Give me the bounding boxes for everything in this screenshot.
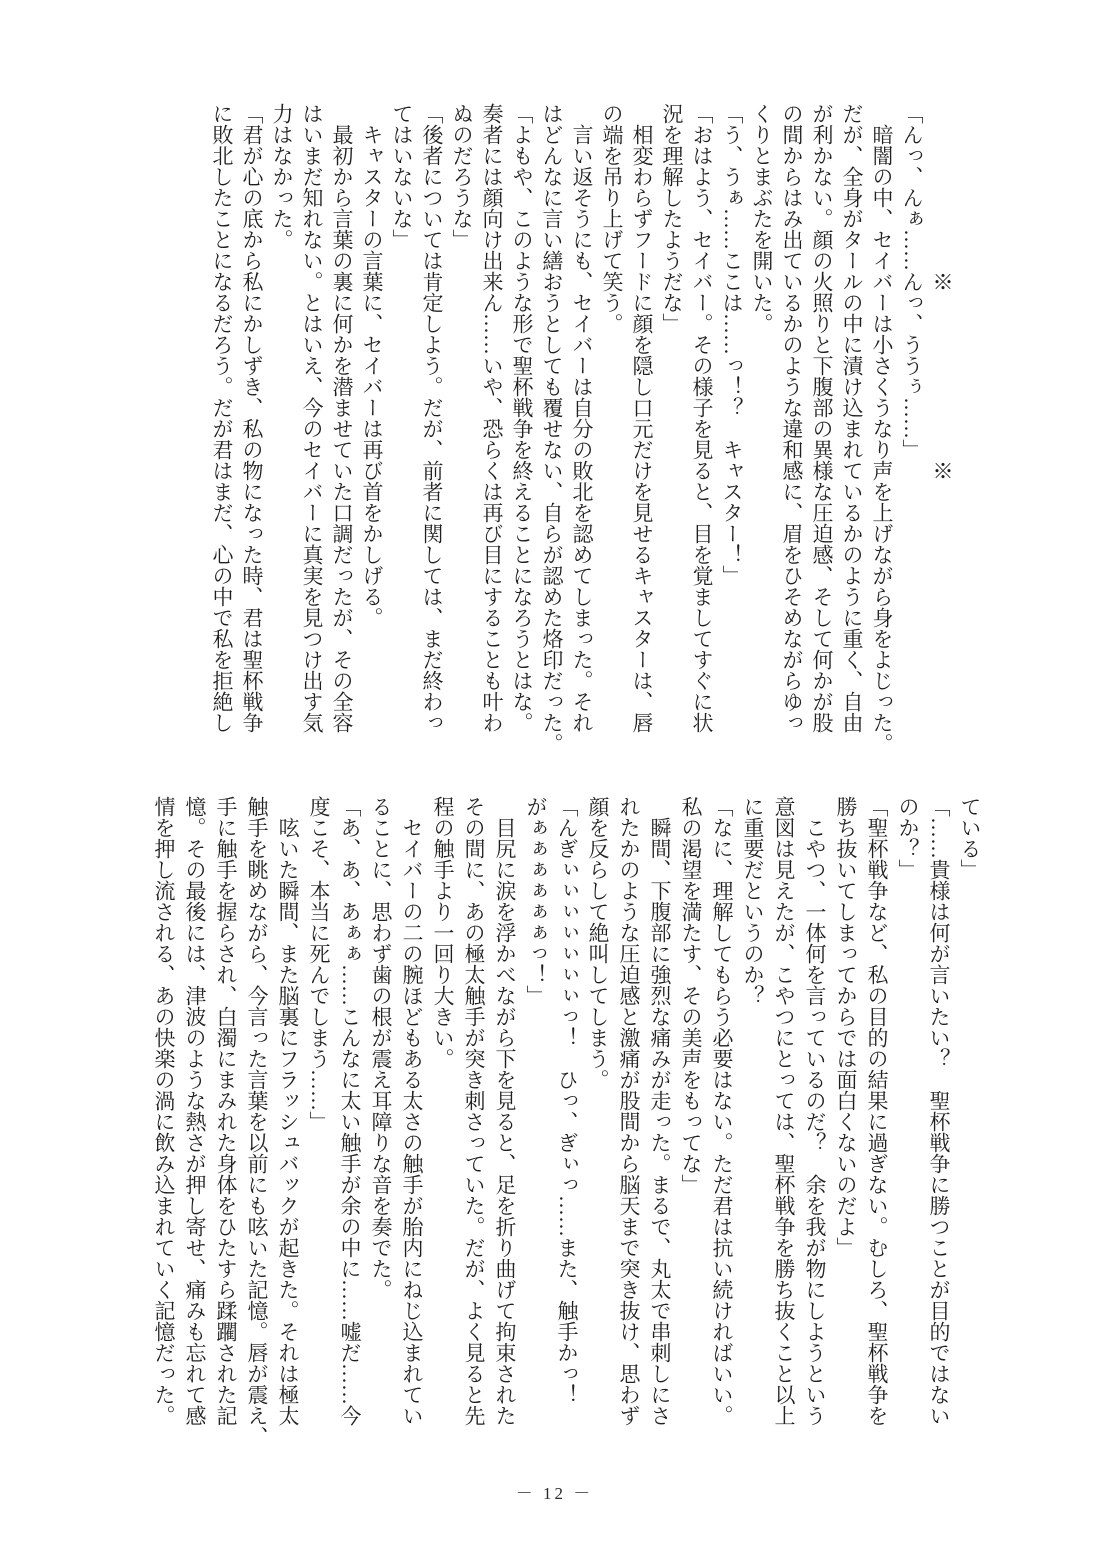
text-line: 暗闇の中、セイバーは小さくうなり声を上げながら身をよじった。 xyxy=(867,103,897,775)
text-line: ている」 xyxy=(954,796,985,1486)
text-line: だが、全身がタールの中に漬け込まれているかのように重く、自由 xyxy=(837,103,867,775)
text-line: 触手を眺めながら、今言った言葉を以前にも呟いた記憶。唇が震え、 xyxy=(241,796,272,1486)
text-line: 目尻に涙を浮かべながら下を見ると、足を折り曲げて拘束された xyxy=(489,796,520,1486)
text-line: はどんなに言い繕おうとしても覆せない、自らが認めた烙印だった。 xyxy=(537,103,567,775)
text-line: 呟いた瞬間、また脳裏にフラッシュバックが起きた。それは極太 xyxy=(272,796,303,1486)
text-line: 憶。その最後には、津波のような熱さが押し寄せ、痛みも忘れて感 xyxy=(179,796,210,1486)
text-line: てはいないな」 xyxy=(387,103,417,775)
text-line: 意図は見えたが、こやつにとっては、聖杯戦争を勝ち抜くこと以上 xyxy=(768,796,799,1486)
text-line: ぬのだろうな」 xyxy=(447,103,477,775)
text-line: 力はなかった。 xyxy=(267,103,297,775)
text-line: セイバーの二の腕ほどもある太さの触手が胎内にねじ込まれてい xyxy=(396,796,427,1486)
text-line: 「……貴様は何が言いたい？ 聖杯戦争に勝つことが目的ではない xyxy=(923,796,954,1486)
text-line: 最初から言葉の裏に何かを潜ませていた口調だったが、その全容 xyxy=(327,103,357,775)
text-line: くりとまぶたを開いた。 xyxy=(747,103,777,775)
text-line: 「う、うぁ……ここは……っ！？ キャスター！」 xyxy=(717,103,747,775)
text-line: 言い返そうにも、セイバーは自分の敗北を認めてしまった。それ xyxy=(567,103,597,775)
text-line: 「よもや、このような形で聖杯戦争を終えることになろうとはな。 xyxy=(507,103,537,775)
bottom-text-block: ている」 「……貴様は何が言いたい？ 聖杯戦争に勝つことが目的ではない のか？」… xyxy=(148,796,985,1486)
text-line: 程の触手より一回り大きい。 xyxy=(427,796,458,1486)
text-line: 「聖杯戦争など、私の目的の結果に過ぎない。むしろ、聖杯戦争を xyxy=(861,796,892,1486)
text-line: 「君が心の底から私にかしずき、私の物になった時、君は聖杯戦争 xyxy=(237,103,267,775)
text-line: キャスターの言葉に、セイバーは再び首をかしげる。 xyxy=(357,103,387,775)
text-line: 「おはよう、セイバー。その様子を見ると、目を覚ましてすぐに状 xyxy=(687,103,717,775)
text-line: れたかのような圧迫感と激痛が股間から脳天まで突き抜け、思わず xyxy=(613,796,644,1486)
document-page: ※ ※ 「んっ、んぁ……んっ、ううぅ……」 暗闇の中、セイバーは小さくうなり声を… xyxy=(0,0,1109,1553)
text-line: 情を押し流される、あの快楽の渦に飲み込まれていく記憶だった。 xyxy=(148,796,179,1486)
text-line: がぁぁぁぁぁぁっ！」 xyxy=(520,796,551,1486)
text-line: こやつ、一体何を言っているのだ？ 余を我が物にしようという xyxy=(799,796,830,1486)
text-line: 「んぎぃぃぃぃぃぃぃっ！ ひっ、ぎぃっ……また、触手かっ！ xyxy=(551,796,582,1486)
page-number: － 12 － xyxy=(0,1479,1109,1504)
text-line: のか？」 xyxy=(892,796,923,1486)
section-separator: ※ ※ xyxy=(927,103,957,775)
text-line: に敗北したことになるだろう。だが君はまだ、心の中で私を拒絶し xyxy=(207,103,237,775)
text-line: 「後者については肯定しよう。だが、前者に関しては、まだ終わっ xyxy=(417,103,447,775)
text-line: 相変わらずフードに顔を隠し口元だけを見せるキャスターは、唇 xyxy=(627,103,657,775)
top-text-block: ※ ※ 「んっ、んぁ……んっ、ううぅ……」 暗闇の中、セイバーは小さくうなり声を… xyxy=(207,103,957,775)
text-line: の間からはみ出ているかのような違和感に、眉をひそめながらゆっ xyxy=(777,103,807,775)
text-line: 勝ち抜いてしまってからでは面白くないのだよ」 xyxy=(830,796,861,1486)
text-line: が利かない。顔の火照りと下腹部の異様な圧迫感、そして何かが股 xyxy=(807,103,837,775)
text-line: はいまだ知れない。とはいえ、今のセイバーに真実を見つけ出す気 xyxy=(297,103,327,775)
text-line: ることに、思わず歯の根が震え耳障りな音を奏でた。 xyxy=(365,796,396,1486)
text-line: 私の渇望を満たす、その美声をもってな」 xyxy=(675,796,706,1486)
text-line: 度こそ、本当に死んでしまう……」 xyxy=(303,796,334,1486)
text-line: 奏者には顔向け出来ん……いや、恐らくは再び目にすることも叶わ xyxy=(477,103,507,775)
text-line: 「なに、理解してもらう必要はない。ただ君は抗い続ければいい。 xyxy=(706,796,737,1486)
text-line: 「んっ、んぁ……んっ、ううぅ……」 xyxy=(897,103,927,775)
text-line: 顔を反らして絶叫してしまう。 xyxy=(582,796,613,1486)
text-line: に重要だというのか？ xyxy=(737,796,768,1486)
text-line: その間に、あの極太触手が突き刺さっていた。だが、よく見ると先 xyxy=(458,796,489,1486)
text-line: 手に触手を握らされ、白濁にまみれた身体をひたすら蹂躙された記 xyxy=(210,796,241,1486)
text-line: 「あ、あ、あぁぁ……こんなに太い触手が余の中に……嘘だ……今 xyxy=(334,796,365,1486)
text-line: 瞬間、下腹部に強烈な痛みが走った。まるで、丸太で串刺しにさ xyxy=(644,796,675,1486)
text-line: の端を吊り上げて笑う。 xyxy=(597,103,627,775)
text-line: 況を理解したようだな」 xyxy=(657,103,687,775)
